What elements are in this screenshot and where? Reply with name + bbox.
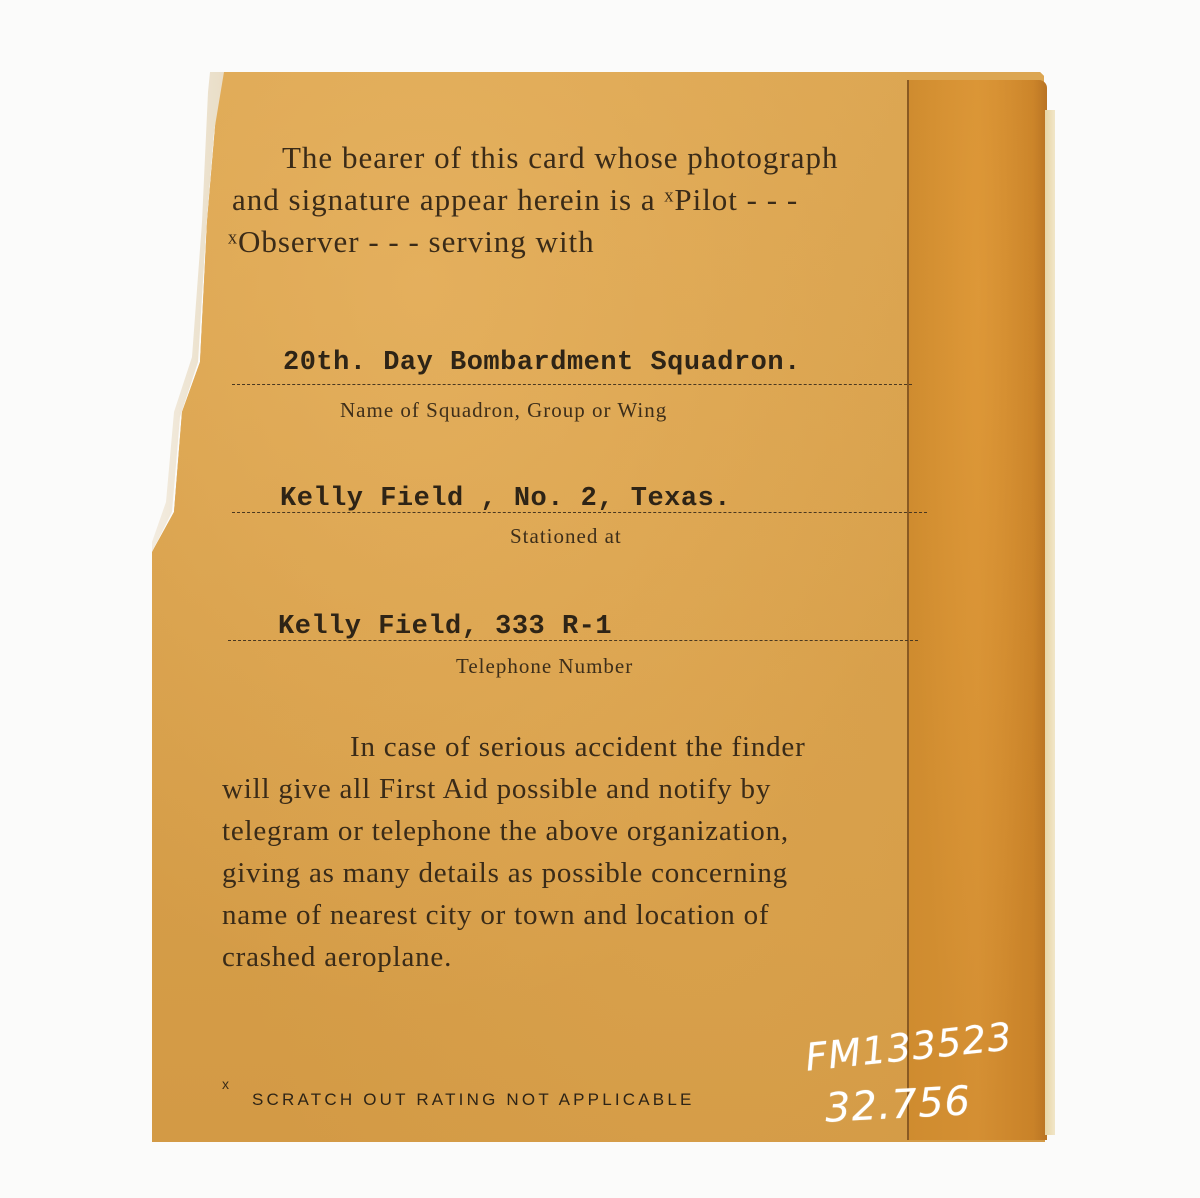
card-edge bbox=[1045, 110, 1055, 1135]
adhesive-tape-strip bbox=[907, 80, 1047, 1140]
telephone-underline bbox=[228, 640, 918, 641]
instructions-line-1: In case of serious accident the finder bbox=[350, 731, 806, 764]
station-underline bbox=[232, 512, 927, 513]
station-label: Stationed at bbox=[510, 524, 622, 549]
intro-line-1: The bearer of this card whose photograph bbox=[282, 140, 838, 176]
telephone-label: Telephone Number bbox=[456, 654, 633, 679]
squadron-underline bbox=[232, 384, 912, 385]
instructions-line-6: crashed aeroplane. bbox=[222, 941, 452, 974]
station-value: Kelly Field , No. 2, Texas. bbox=[280, 484, 731, 514]
squadron-label: Name of Squadron, Group or Wing bbox=[340, 398, 667, 423]
catalog-number-secondary: 32.756 bbox=[824, 1078, 972, 1132]
intro-line-2: and signature appear herein is a ˣPilot … bbox=[232, 182, 798, 218]
instructions-line-2: will give all First Aid possible and not… bbox=[222, 773, 771, 806]
instructions-line-3: telegram or telephone the above organiza… bbox=[222, 815, 789, 848]
instructions-line-5: name of nearest city or town and locatio… bbox=[222, 899, 769, 932]
footnote-text: SCRATCH OUT RATING NOT APPLICABLE bbox=[252, 1090, 695, 1110]
squadron-value: 20th. Day Bombardment Squadron. bbox=[283, 348, 801, 378]
telephone-value: Kelly Field, 333 R-1 bbox=[278, 612, 612, 642]
intro-line-3: ˣObserver - - - serving with bbox=[228, 224, 595, 260]
footnote-marker: x bbox=[222, 1076, 229, 1092]
instructions-line-4: giving as many details as possible conce… bbox=[222, 857, 788, 890]
